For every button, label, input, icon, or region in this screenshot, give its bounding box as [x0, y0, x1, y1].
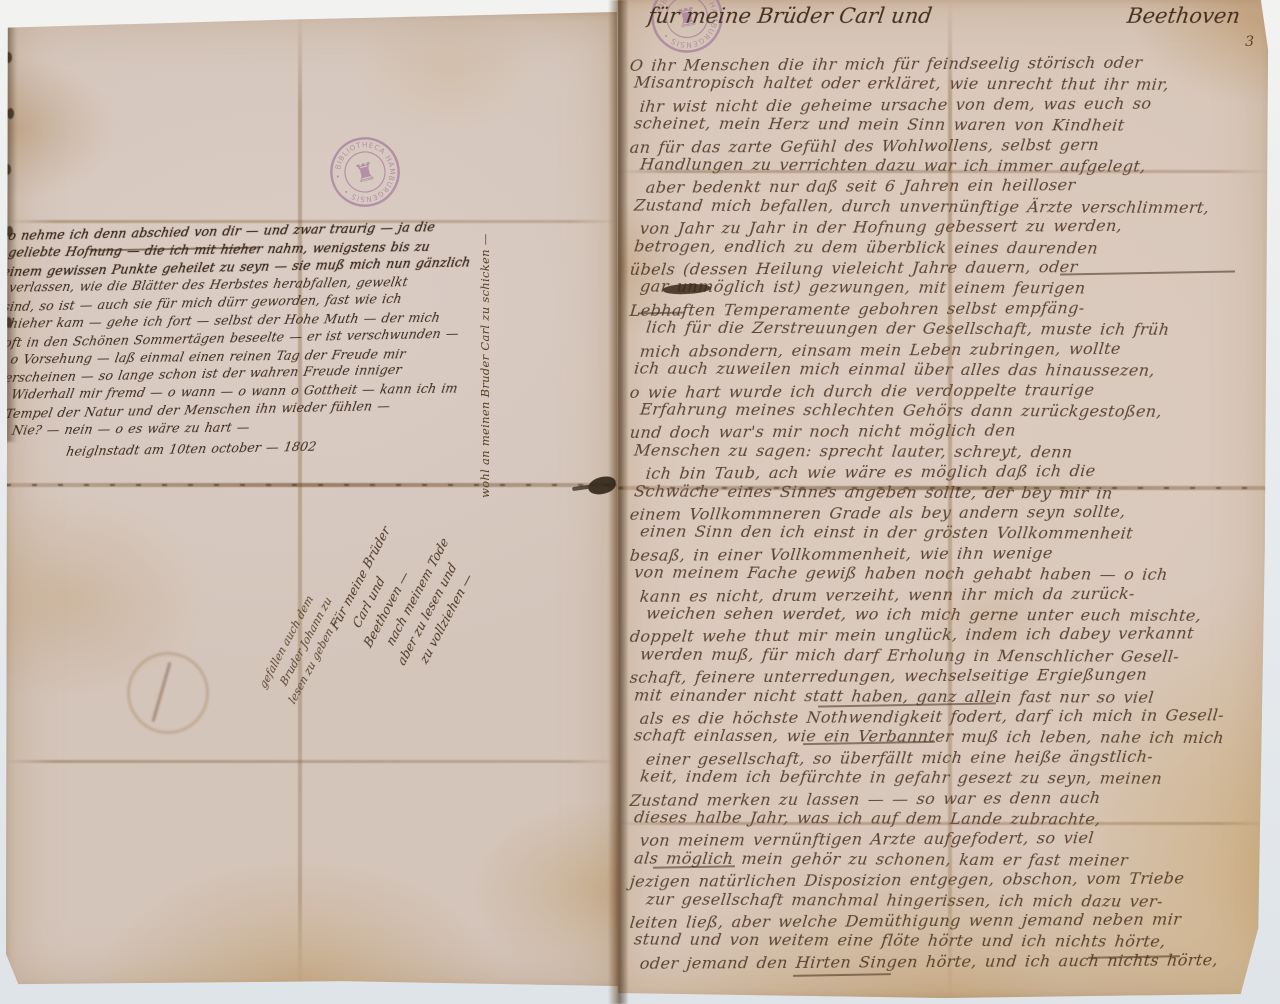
postscript-block: so nehme ich denn abschied von dir — und… — [2, 217, 521, 462]
testament-heading: für meine Brüder Carl und Beethoven — [646, 4, 1241, 28]
handwriting-line: keit, indem ich befürchte in gefahr gese… — [639, 767, 1275, 790]
fold-crease-horizontal — [6, 760, 618, 763]
handwriting-line: schaft, feinere unterredungen, wechselse… — [629, 664, 1275, 688]
handwriting-line: ich bin Taub, ach wie wäre es möglich da… — [645, 460, 1275, 484]
library-stamp: • BIBLIOTHECA HAMBURGENSIS • ♜ — [317, 124, 414, 221]
handwriting-line: von meinem Fache gewiß haben noch gehabt… — [633, 563, 1275, 586]
ink-underline — [793, 973, 891, 977]
manuscript-photo: • BIBLIOTHECA HAMBURGENSIS • ♜ so nehme … — [0, 0, 1280, 1004]
torn-edge-mark — [4, 164, 11, 175]
heading-name: Beethoven — [1126, 4, 1242, 28]
torn-edge-mark — [5, 52, 12, 63]
center-fold-seam — [608, 0, 628, 1004]
fold-crease-vertical — [948, 0, 952, 998]
seal-squiggle — [152, 662, 172, 722]
seal-mark — [127, 652, 209, 734]
fold-crease-horizontal — [618, 170, 1270, 173]
fold-crease-horizontal — [618, 822, 1270, 825]
handwriting-line: ich auch zuweilen mich einmal über alles… — [633, 359, 1275, 382]
heading-dedication: für meine Brüder Carl und — [646, 4, 933, 28]
torn-edge-mark — [7, 108, 14, 119]
right-page: • BIBLIOTHECA HAMBURGENSIS • ♜ für meine… — [618, 0, 1270, 998]
handwriting-line: jezigen natürlichen Disposizion entgegen… — [629, 868, 1275, 892]
fold-crease-horizontal — [6, 483, 618, 487]
castle-emblem-icon: ♜ — [351, 157, 379, 189]
vertical-annotation: wohl an meinen Bruder Carl zu schicken — — [478, 246, 492, 498]
handwriting-line: oder jemand den Hirten Singen hörte, und… — [639, 950, 1275, 974]
page-number-mark: 3 — [1245, 34, 1254, 50]
handwriting-lines: O ihr Menschen die ihr mich für feindsee… — [630, 54, 1274, 972]
fold-crease-horizontal — [618, 486, 1270, 490]
left-page: • BIBLIOTHECA HAMBURGENSIS • ♜ so nehme … — [6, 12, 618, 988]
handwriting-line: von Jahr zu Jahr in der Hofnung gebesser… — [639, 215, 1275, 239]
handwriting-line: scheinet, mein Herz und mein Sinn waren … — [633, 114, 1275, 137]
fold-crease-vertical — [298, 12, 302, 988]
handwriting-line: lich für die Zerstreuungen der Gesellsch… — [645, 318, 1275, 341]
